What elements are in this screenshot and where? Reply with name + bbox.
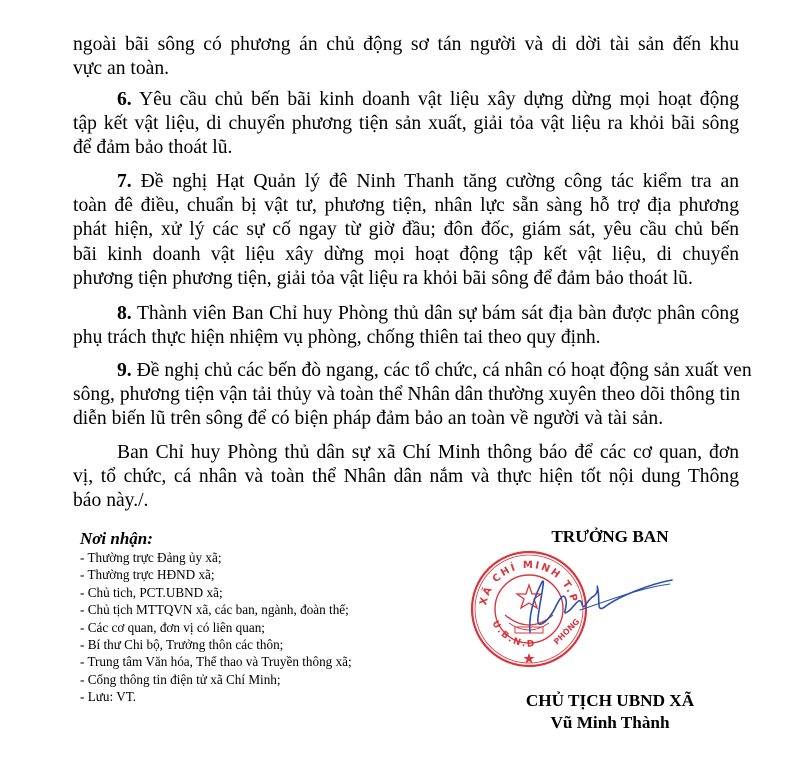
text-fragment: Đề nghị chủ các bến đò ngang, các tổ chứ…	[132, 360, 752, 381]
text-line: 7. Đề nghị Hạt Quản lý đê Ninh Thanh tăn…	[73, 170, 739, 194]
recipient-item: - Cổng thông tin điện tử xã Chí Minh;	[80, 671, 440, 688]
paragraph-7: 7. Đề nghị Hạt Quản lý đê Ninh Thanh tăn…	[73, 170, 739, 291]
text-line: ngoài bãi sông có phương án chủ động sơ …	[73, 33, 739, 57]
recipient-item: - Trung tâm Văn hóa, Thể thao và Truyền …	[80, 653, 440, 670]
text-line: 6. Yêu cầu chủ bến bãi kinh doanh vật li…	[73, 88, 739, 112]
paragraph-8: 8. Thành viên Ban Chỉ huy Phòng thủ dân …	[73, 302, 739, 350]
item-number: 6.	[117, 89, 132, 110]
text-line: toàn đê điều, chuẩn bị vật tư, phương ti…	[73, 194, 739, 218]
paragraph-5-tail: ngoài bãi sông có phương án chủ động sơ …	[73, 33, 739, 81]
text-line: tập kết vật liệu, di chuyển phương tiện …	[73, 112, 739, 136]
signer-name: Vũ Minh Thành	[480, 713, 740, 733]
text-line: sông, phương tiện vận tải thủy và toàn t…	[73, 383, 739, 407]
text-line: vị, tổ chức, cá nhân và toàn thể Nhân dâ…	[73, 465, 739, 489]
recipient-item: - Bí thư Chi bộ, Trưởng thôn các thôn;	[80, 636, 440, 653]
recipient-item: - Thường trực HĐND xã;	[80, 566, 440, 583]
recipient-item: - Lưu: VT.	[80, 688, 440, 705]
recipient-item: - Chủ tịch MTTQVN xã, các ban, ngành, đo…	[80, 601, 440, 618]
text-line: diễn biến lũ trên sông để có biện pháp đ…	[73, 407, 739, 431]
text-fragment: Yêu cầu chủ bến bãi kinh doanh vật liệu …	[132, 89, 739, 110]
paragraph-9: 9. Đề nghị chủ các bến đò ngang, các tổ …	[73, 359, 739, 432]
recipient-item: - Thường trực Đảng ủy xã;	[80, 549, 440, 566]
text-line: vực an toàn.	[73, 57, 739, 81]
text-line: báo này./.	[73, 489, 739, 513]
signature-icon	[520, 570, 680, 640]
text-line: phương tiện phương tiện, giải tỏa vật li…	[73, 267, 739, 291]
paragraph-6: 6. Yêu cầu chủ bến bãi kinh doanh vật li…	[73, 88, 739, 161]
text-line: phụ trách thực hiện nhiệm vụ phòng, chốn…	[73, 326, 739, 350]
recipients-title: Nơi nhận:	[80, 529, 440, 549]
item-number: 9.	[117, 360, 132, 381]
signer-role: TRƯỞNG BAN	[480, 527, 740, 547]
text-fragment: Thành viên Ban Chỉ huy Phòng thủ dân sự …	[132, 303, 739, 324]
recipient-item: - Chủ tich, PCT.UBND xã;	[80, 584, 440, 601]
item-number: 7.	[117, 171, 132, 192]
text-line: 8. Thành viên Ban Chỉ huy Phòng thủ dân …	[73, 302, 739, 326]
signer-position: CHỦ TỊCH UBND XÃ	[480, 691, 740, 711]
recipient-item: - Các cơ quan, đơn vị có liên quan;	[80, 619, 440, 636]
recipients-block: Nơi nhận: - Thường trực Đảng ủy xã; - Th…	[80, 529, 440, 706]
text-line: phát hiện, xử lý các sự cố ngay từ giờ đ…	[73, 218, 739, 242]
text-line: 9. Đề nghị chủ các bến đò ngang, các tổ …	[73, 359, 739, 383]
text-line: để đảm bảo thoát lũ.	[73, 136, 739, 160]
text-fragment: Đề nghị Hạt Quản lý đê Ninh Thanh tăng c…	[132, 171, 739, 192]
text-line: bãi kinh doanh vật liệu xây dừng mọi hoạ…	[73, 243, 739, 267]
text-line: Ban Chỉ huy Phòng thủ dân sự xã Chí Minh…	[73, 441, 739, 465]
item-number: 8.	[117, 303, 132, 324]
closing-paragraph: Ban Chỉ huy Phòng thủ dân sự xã Chí Minh…	[73, 441, 739, 514]
